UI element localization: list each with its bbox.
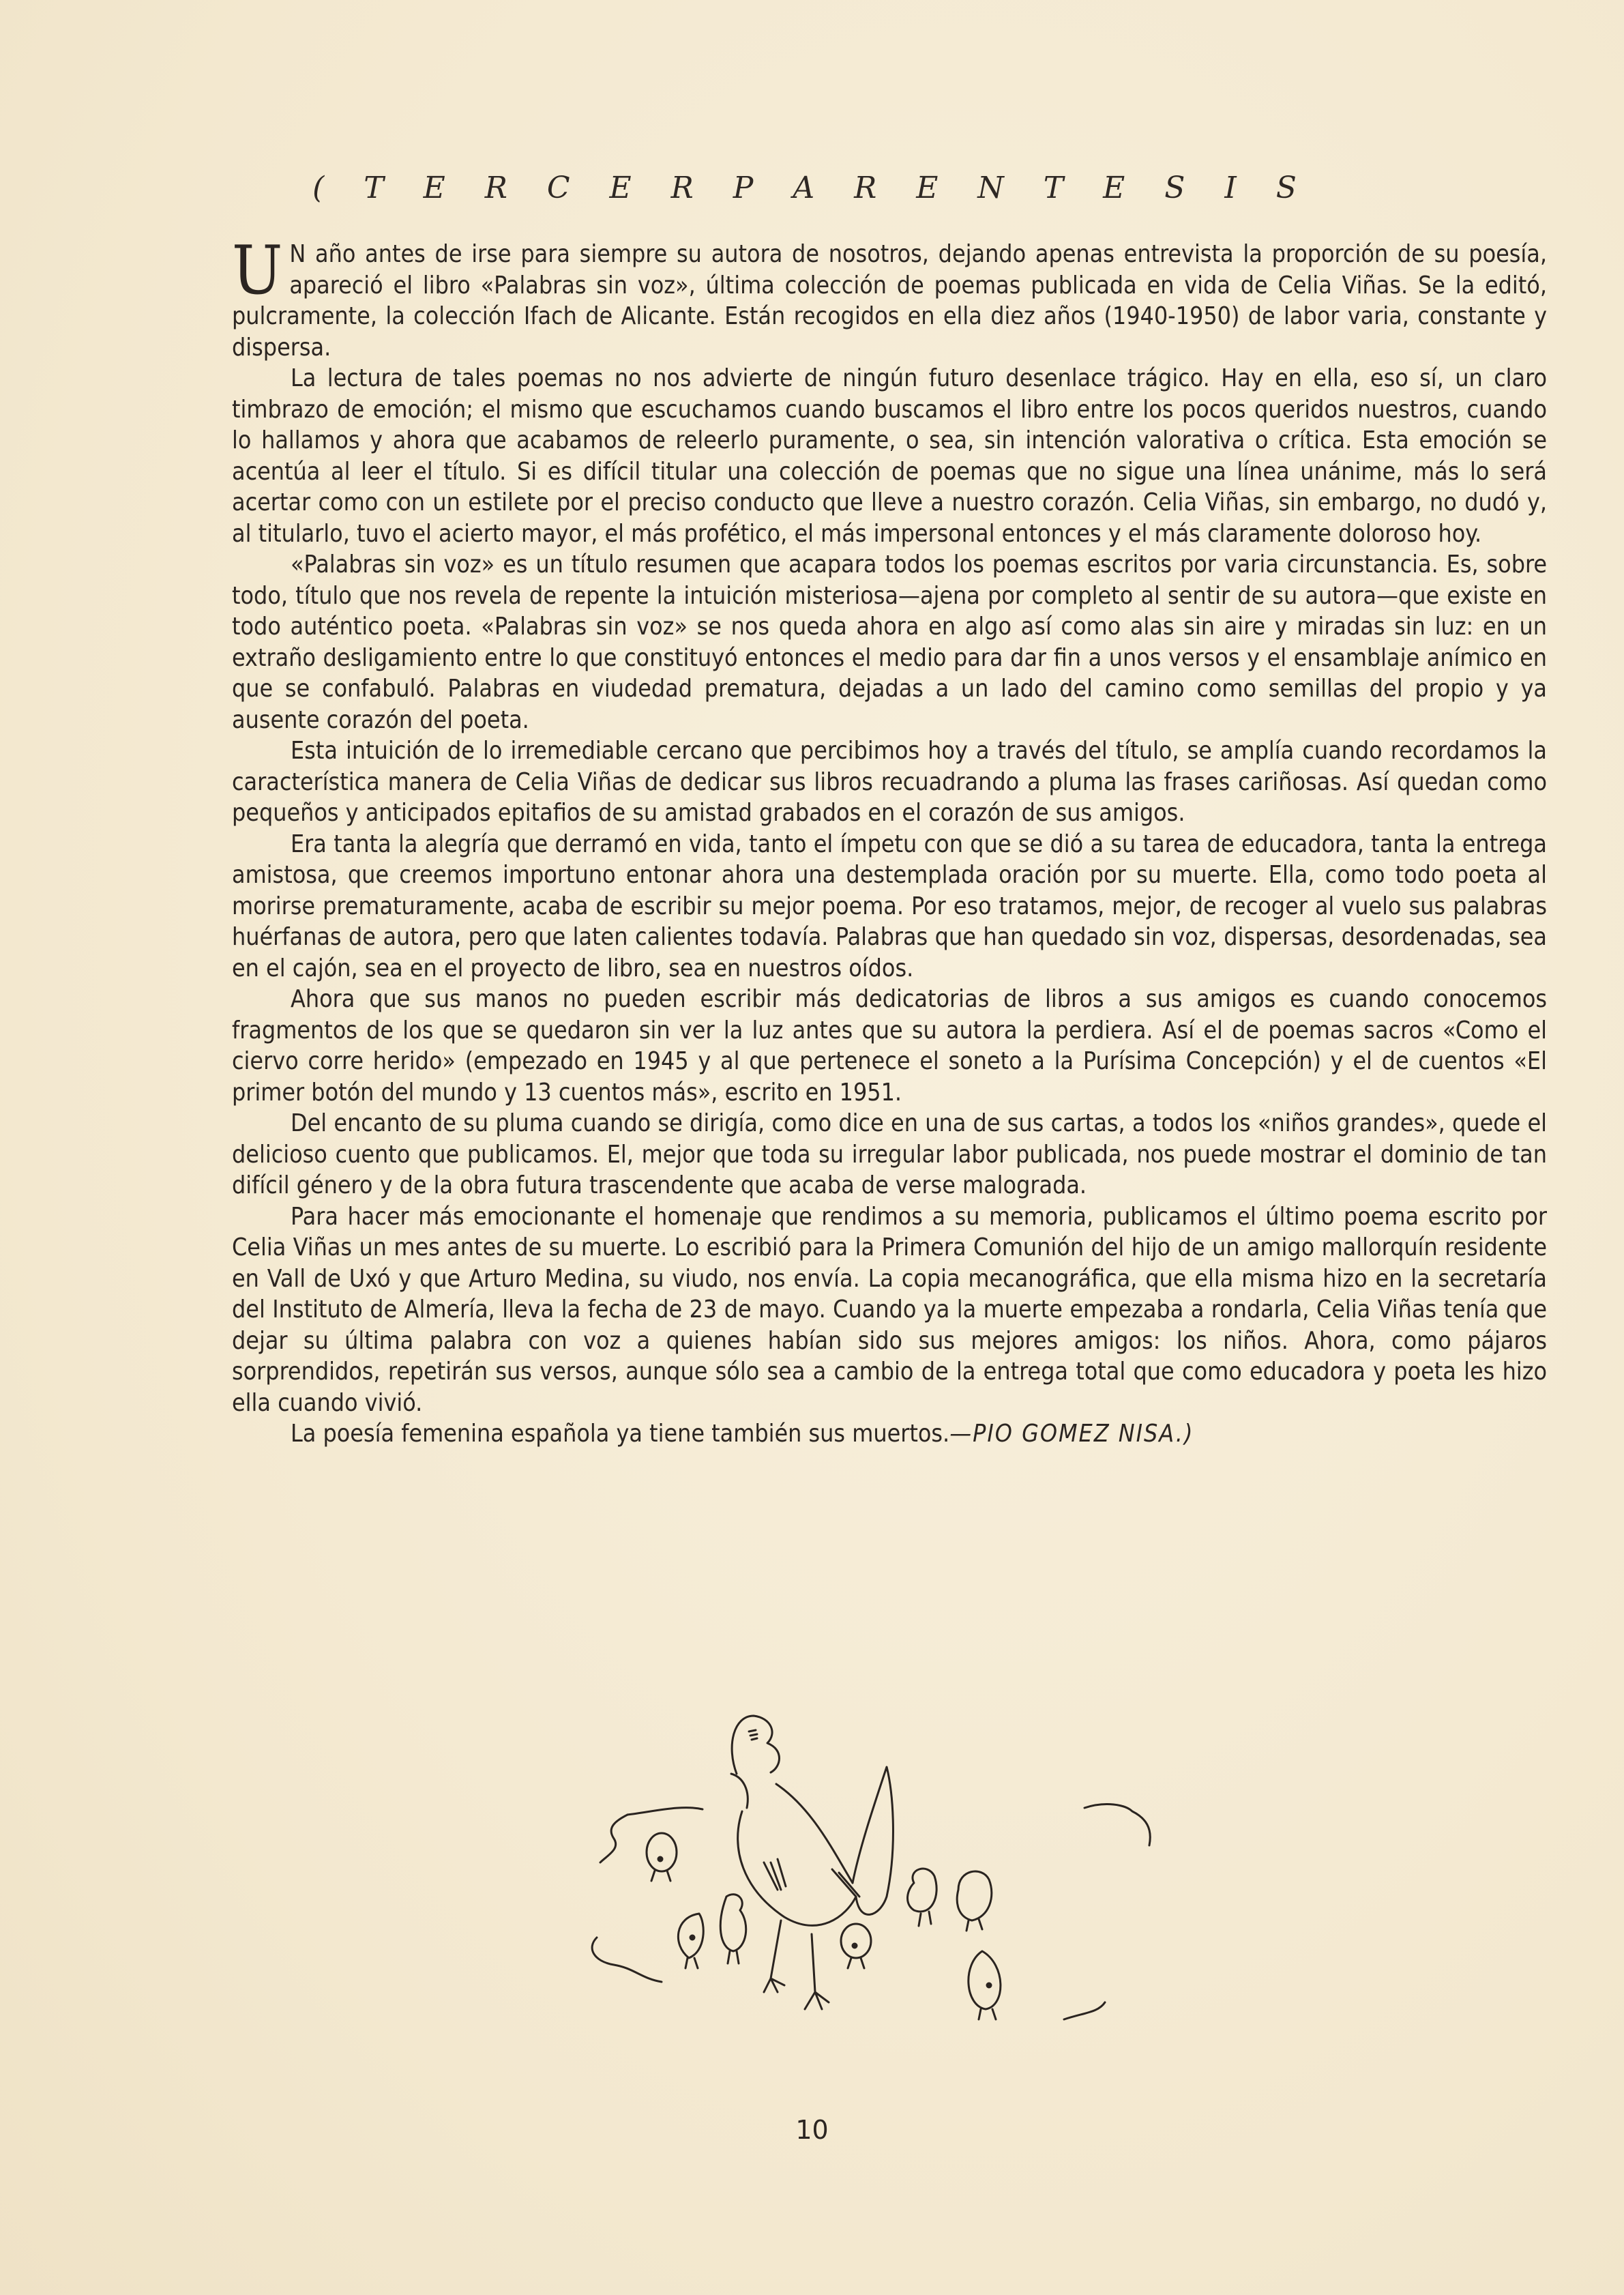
article-body: UN año antes de irse para siempre su aut… [232,239,1547,1450]
hen-drawing-icon [587,1692,1200,2033]
paragraph-closing: La poesía femenina española ya tiene tam… [232,1418,1547,1450]
hen-with-chicks-illustration [587,1692,1200,2033]
author-signature: —PIO GOMEZ NISA.) [949,1420,1194,1448]
paragraph-6: Ahora que sus manos no pueden escribir m… [232,984,1547,1108]
paragraph-text: año antes de irse para siempre su autora… [232,240,1547,362]
paragraph-2: La lectura de tales poemas no nos advier… [232,363,1547,549]
page-title: ( T E R C E R P A R E N T E S I S [0,171,1624,205]
closing-text: La poesía femenina española ya tiene tam… [291,1420,949,1448]
paragraph-8: Para hacer más emocionante el homenaje q… [232,1201,1547,1419]
page-number: 10 [0,2115,1624,2145]
drop-cap: U [232,244,282,297]
paragraph-1: UN año antes de irse para siempre su aut… [232,239,1547,363]
paragraph-3: «Palabras sin voz» es un título resumen … [232,549,1547,735]
paragraph-5: Era tanta la alegría que derramó en vida… [232,829,1547,984]
lead-word: N [289,240,306,268]
paragraph-7: Del encanto de su pluma cuando se dirigí… [232,1108,1547,1201]
paragraph-4: Esta intuición de lo irremediable cercan… [232,735,1547,829]
